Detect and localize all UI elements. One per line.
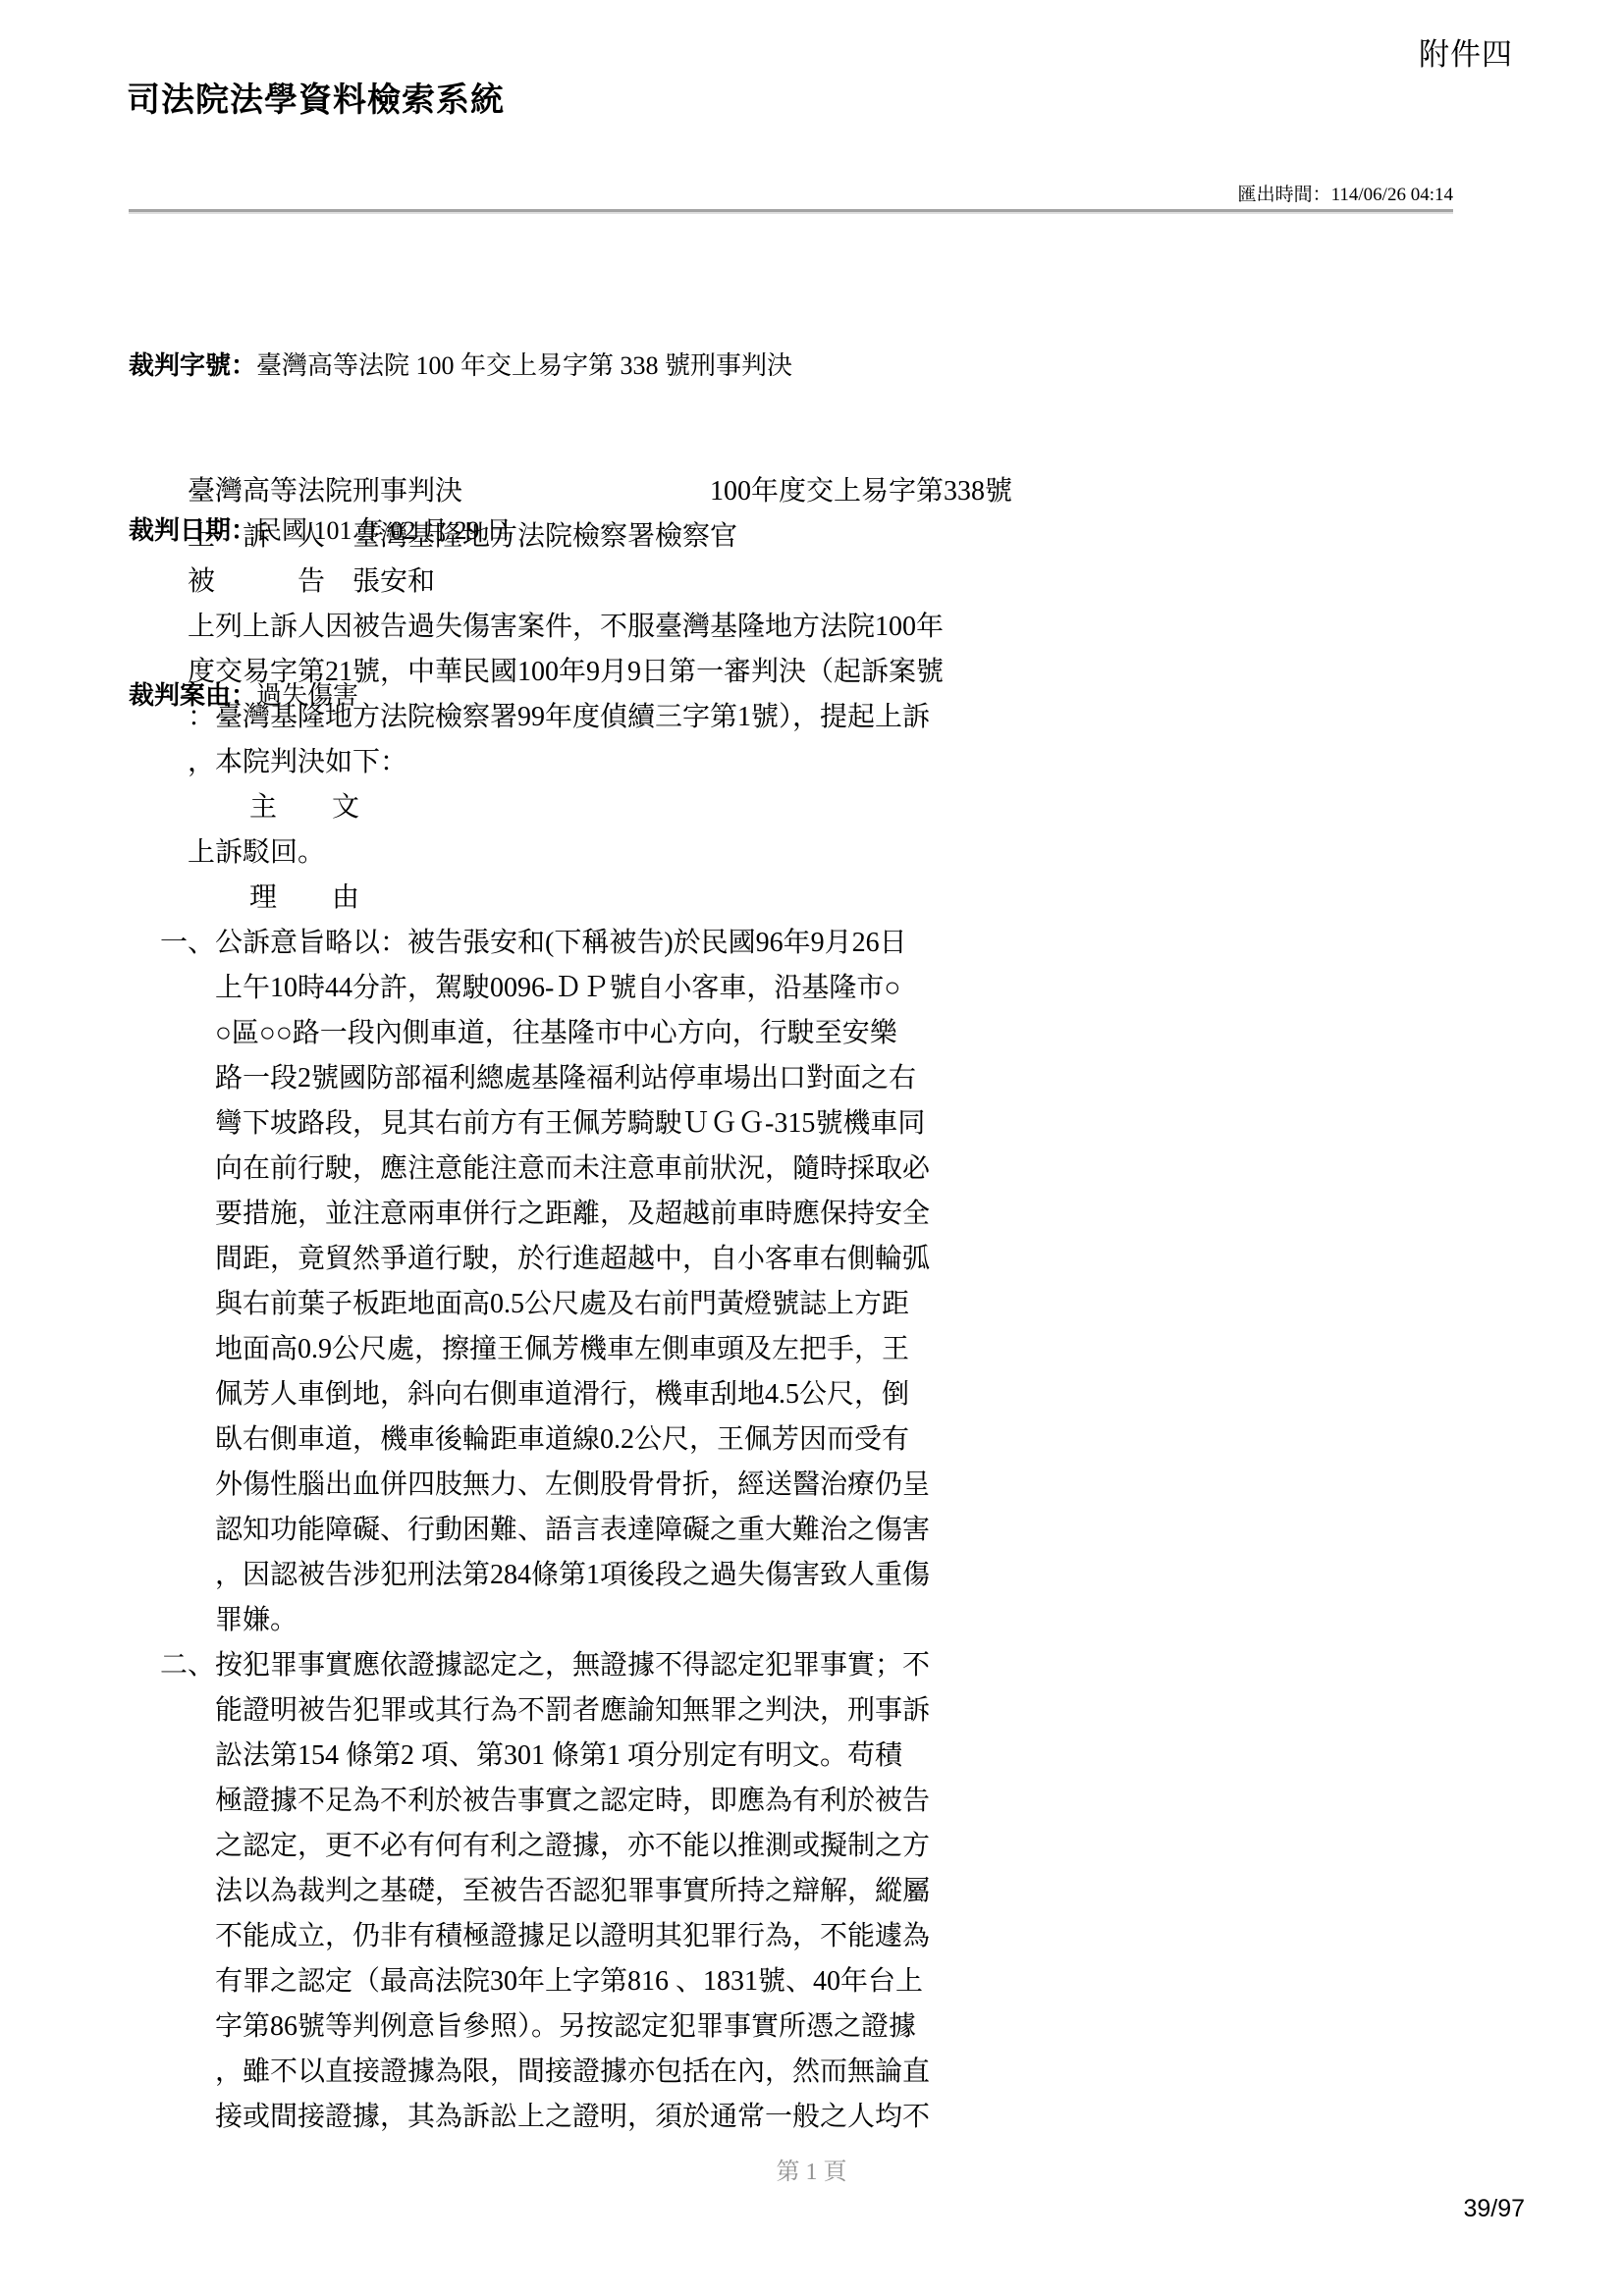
judgment-line: 之認定，更不必有何有利之證據，亦不能以推測或擬制之方: [160, 1824, 1012, 1869]
judgment-line: 佩芳人車倒地，斜向右側車道滑行，機車刮地4.5公尺，倒: [160, 1372, 1012, 1417]
judgment-line: 地面高0.9公尺處，擦撞王佩芳機車左側車頭及左把手，王: [160, 1327, 1012, 1372]
system-title: 司法院法學資料檢索系統: [127, 73, 505, 121]
judgment-line: 上列上訴人因被告過失傷害案件，不服臺灣基隆地方法院100年: [160, 605, 1012, 650]
judgment-line: 罪嫌。: [160, 1598, 1012, 1643]
judgment-line: ，因認被告涉犯刑法第284條第1項後段之過失傷害致人重傷: [160, 1553, 1012, 1598]
sheet-page-indicator: 39/97: [1463, 2195, 1525, 2223]
judgment-line: 有罪之認定（最高法院30年上字第816 、1831號、40年台上: [160, 1959, 1012, 2004]
judgment-line: 極證據不足為不利於被告事實之認定時，即應為有利於被告: [160, 1779, 1012, 1824]
metadata-value: 臺灣高等法院 100 年交上易字第 338 號刑事判決: [256, 351, 792, 380]
judgment-line: 上午10時44分許，駕駛0096-ＤＰ號自小客車，沿基隆市○: [160, 966, 1012, 1011]
page-footer: 第 1 頁: [0, 2152, 1623, 2186]
judgment-line: 主 文: [160, 785, 1012, 830]
judgment-line: 接或間接證據，其為訴訟上之證明，須於通常一般之人均不: [160, 2095, 1012, 2140]
judgment-line: 彎下坡路段，見其右前方有王佩芳騎駛ＵＧＧ-315號機車同: [160, 1101, 1012, 1147]
judgment-line: 能證明被告犯罪或其行為不罰者應諭知無罪之判決，刑事訴: [160, 1688, 1012, 1734]
judgment-line: 二、按犯罪事實應依證據認定之，無證據不得認定犯罪事實；不: [160, 1643, 1012, 1688]
judgment-line: 與右前葉子板距地面高0.5公尺處及右前門黃燈號誌上方距: [160, 1282, 1012, 1327]
header-divider: [129, 209, 1453, 214]
judgment-body: 臺灣高等法院刑事判決 100年度交上易字第338號 上 訴 人 臺灣基隆地方法院…: [160, 469, 1012, 2140]
judgment-line: 上 訴 人 臺灣基隆地方法院檢察署檢察官: [160, 514, 1012, 560]
judgment-line: 上訴駁回。: [160, 830, 1012, 876]
judgment-line: ○區○○路一段內側車道，往基隆市中心方向，行駛至安樂: [160, 1011, 1012, 1056]
judgment-line: ：臺灣基隆地方法院檢察署99年度偵續三字第1號），提起上訴: [160, 695, 1012, 740]
metadata-label: 裁判字號：: [129, 351, 256, 380]
judgment-line: 認知功能障礙、行動困難、語言表達障礙之重大難治之傷害: [160, 1508, 1012, 1553]
judgment-line: 間距，竟貿然爭道行駛，於行進超越中，自小客車右側輪弧: [160, 1237, 1012, 1282]
judgment-line: 度交易字第21號，中華民國100年9月9日第一審判決（起訴案號: [160, 650, 1012, 695]
export-time: 匯出時間：114/06/26 04:14: [1238, 180, 1453, 206]
export-time-label: 匯出時間：: [1238, 185, 1331, 205]
judgment-line: 字第86號等判例意旨參照）。另按認定犯罪事實所憑之證據: [160, 2004, 1012, 2050]
judgment-line: 臺灣高等法院刑事判決 100年度交上易字第338號: [160, 469, 1012, 514]
judgment-line: 要措施，並注意兩車併行之距離，及超越前車時應保持安全: [160, 1192, 1012, 1237]
judgment-line: ，雖不以直接證據為限，間接證據亦包括在內，然而無論直: [160, 2050, 1012, 2095]
judgment-line: 被 告 張安和: [160, 560, 1012, 605]
judgment-line: 臥右側車道，機車後輪距車道線0.2公尺，王佩芳因而受有: [160, 1417, 1012, 1463]
judgment-line: ，本院判決如下：: [160, 740, 1012, 785]
judgment-line: 一、公訴意旨略以：被告張安和(下稱被告)於民國96年9月26日: [160, 921, 1012, 966]
attachment-label: 附件四: [1419, 29, 1513, 74]
judgment-line: 法以為裁判之基礎，至被告否認犯罪事實所持之辯解，縱屬: [160, 1869, 1012, 1914]
judgment-line: 路一段2號國防部福利總處基隆福利站停車場出口對面之右: [160, 1056, 1012, 1101]
document-page: 附件四 司法院法學資料檢索系統 匯出時間：114/06/26 04:14 裁判字…: [0, 0, 1623, 2296]
judgment-line: 外傷性腦出血併四肢無力、左側股骨骨折，經送醫治療仍呈: [160, 1463, 1012, 1508]
judgment-line: 理 由: [160, 876, 1012, 921]
export-time-value: 114/06/26 04:14: [1331, 185, 1453, 205]
judgment-line: 訟法第154 條第2 項、第301 條第1 項分別定有明文。苟積: [160, 1734, 1012, 1779]
metadata-row-case-number: 裁判字號：臺灣高等法院 100 年交上易字第 338 號刑事判決: [129, 339, 792, 394]
judgment-line: 向在前行駛，應注意能注意而未注意車前狀況，隨時採取必: [160, 1147, 1012, 1192]
judgment-line: 不能成立，仍非有積極證據足以證明其犯罪行為，不能遽為: [160, 1914, 1012, 1959]
